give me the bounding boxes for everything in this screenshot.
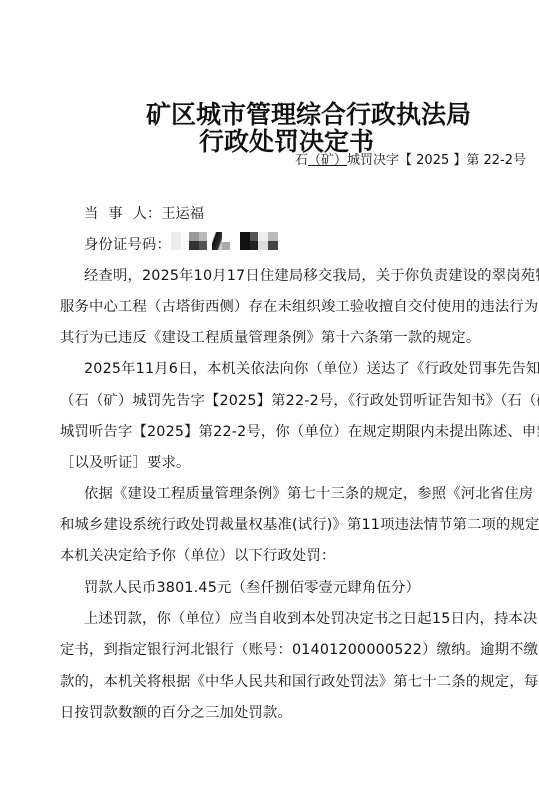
paragraph-2-line-1: 2025年11月6日，本机关依法向你（单位）送达了《行政处罚事先告知书》: [84, 358, 539, 378]
paragraph-2-line-3: 城罚听告字【2025】第22-2号，你（单位）在规定期限内未提出陈述、申辩: [60, 421, 539, 441]
paragraph-3-line-1: 依据《建设工程质量管理条例》第七十三条的规定，参照《河北省住房: [84, 483, 533, 503]
party-label-a: 当: [84, 206, 108, 222]
party-name: 王运福: [161, 206, 204, 222]
doc-number-prefix: 石: [295, 153, 308, 168]
party-label-c: 人：: [133, 206, 162, 222]
paragraph-2-line-2: （石（矿）城罚先告字【2025】第22-2号，《行政处罚听证告知书》（石（矿）: [60, 390, 539, 410]
fine-amount-line: 罚款人民币3801.45元（叁仟捌佰零壹元肆角伍分）: [84, 577, 420, 597]
paragraph-5-line-4: 日按罚款数额的百分之三加处罚款。: [60, 702, 292, 722]
paragraph-5-line-1: 上述罚款，你（单位）应当自收到本处罚决定书之日起15日内，持本决: [84, 608, 538, 628]
paragraph-1-line-1: 经查明，2025年10月17日住建局移交我局，关于你负责建设的翠岗苑物业: [84, 265, 539, 285]
doc-number-suffix: 城罚决字【 2025 】第 22-2号: [347, 153, 526, 168]
document-number: 石（矿）城罚决字【 2025 】第 22-2号: [295, 149, 526, 168]
doc-number-underlined: （矿）: [308, 153, 347, 168]
paragraph-5-line-2: 定书，到指定银行河北银行（账号：01401200000522）缴纳。逾期不缴纳罚: [60, 639, 539, 659]
paragraph-1-line-2: 服务中心工程（古塔街西侧）存在未组织竣工验收擅自交付使用的违法行为，: [60, 296, 539, 316]
id-number-label: 身份证号码：: [84, 234, 171, 254]
paragraph-5-line-3: 款的，本机关将根据《中华人民共和国行政处罚法》第七十二条的规定，每: [60, 671, 538, 691]
paragraph-2-line-4: ［以及听证］要求。: [60, 452, 190, 472]
paragraph-3-line-2: 和城乡建设系统行政处罚裁量权基准(试行)》第11项违法情节第二项的规定，: [60, 514, 539, 534]
id-number-redaction: [171, 232, 291, 250]
paragraph-1-line-3: 其行为已违反《建设工程质量管理条例》第十六条第一款的规定。: [60, 327, 480, 347]
party-line: 当事人：王运福: [84, 203, 204, 223]
party-label-b: 事: [108, 206, 132, 222]
paragraph-3-line-3: 本机关决定给予你（单位）以下行政处罚：: [60, 545, 335, 565]
